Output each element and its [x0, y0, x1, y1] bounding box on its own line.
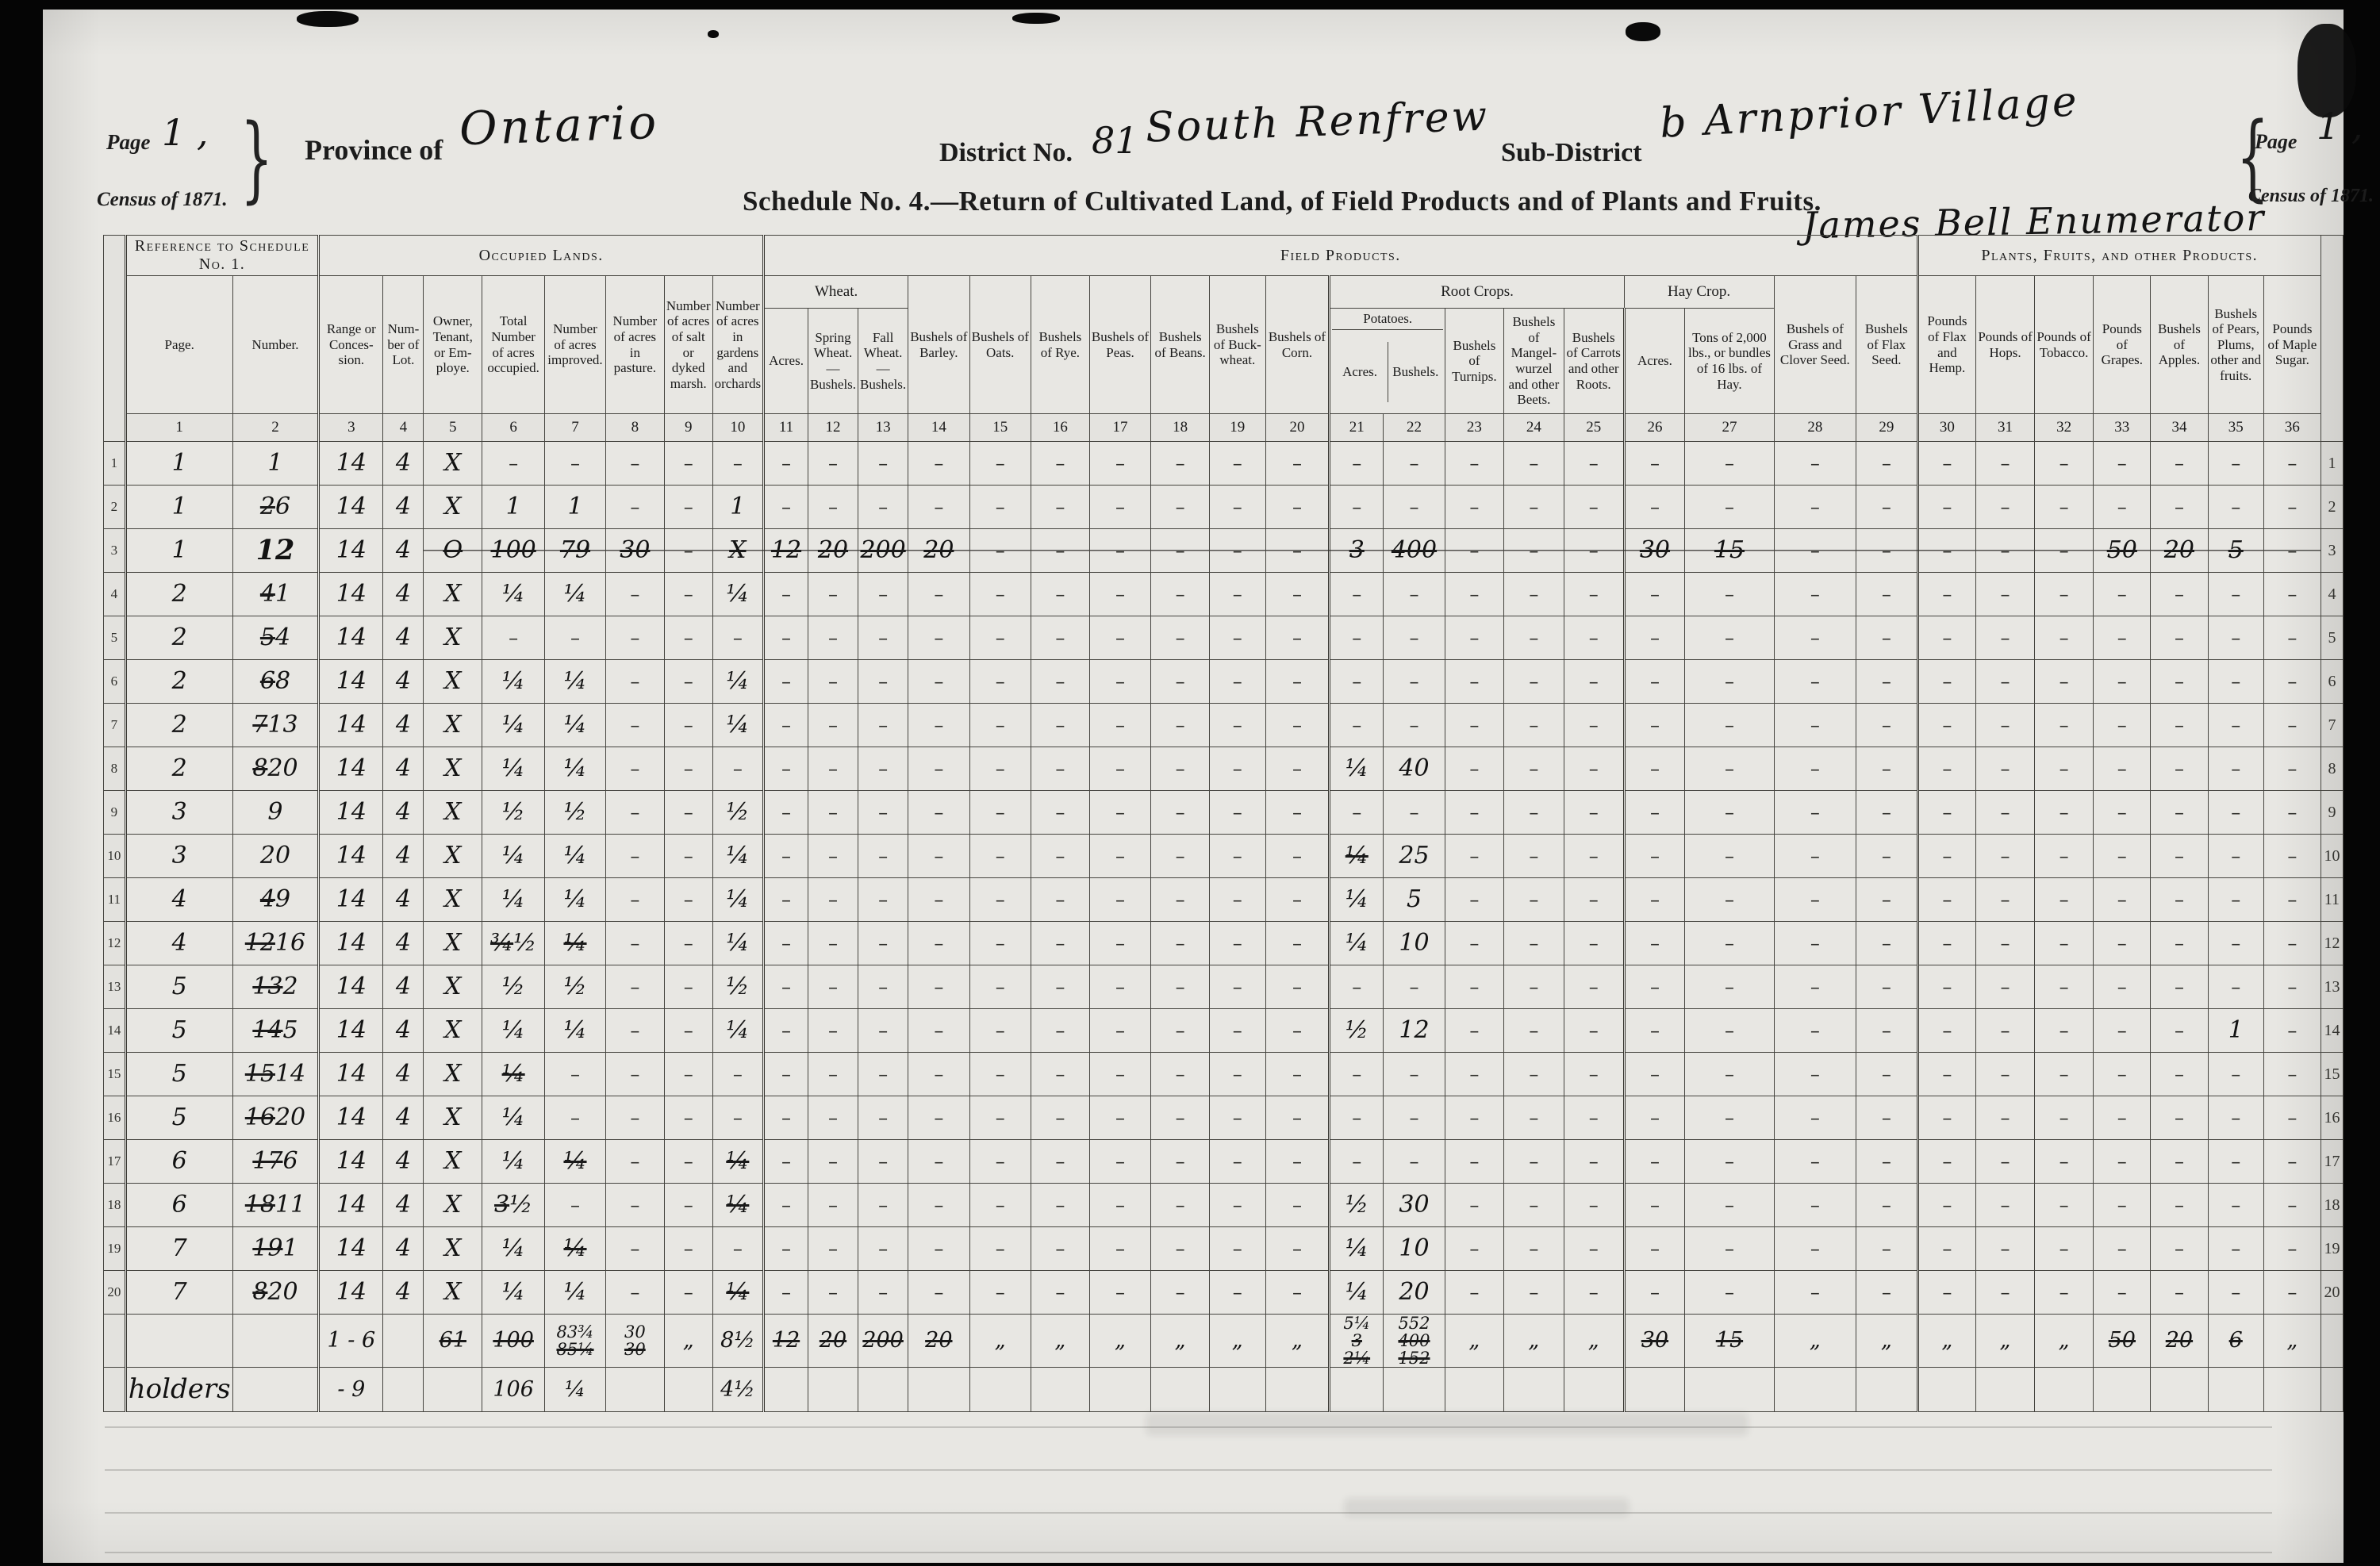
table-cell: 4: [125, 878, 232, 922]
table-cell: –: [808, 747, 858, 791]
table-cell: –: [808, 1271, 858, 1315]
table-cell: –: [2208, 1227, 2263, 1271]
table-cell: –: [1917, 1009, 1976, 1053]
table-cell: –: [908, 1227, 969, 1271]
table-cell: –: [1210, 486, 1265, 529]
table-cell: –: [1685, 1271, 1774, 1315]
table-cell: –: [1151, 1227, 1210, 1271]
table-cell: –: [1265, 1227, 1330, 1271]
table-cell: 6: [125, 1184, 232, 1227]
column-label: Bushels of Buck-wheat.: [1210, 276, 1265, 414]
table-cell: 552400152: [1384, 1315, 1445, 1368]
table-cell: [125, 1315, 232, 1368]
table-cell: –: [1151, 1096, 1210, 1140]
table-cell: ½: [545, 965, 606, 1009]
table-cell: –: [1384, 1096, 1445, 1140]
table-cell: –: [1265, 791, 1330, 835]
table-cell: –: [1624, 573, 1685, 616]
table-cell: –: [1445, 660, 1503, 704]
table-cell: –: [1031, 442, 1089, 486]
table-cell: X: [424, 965, 482, 1009]
table-cell: –: [1210, 1096, 1265, 1140]
table-cell: X: [424, 486, 482, 529]
table-cell: ¼: [482, 1096, 545, 1140]
table-cell: –: [2263, 878, 2320, 922]
table-cell: X: [424, 1184, 482, 1227]
table-cell: –: [1210, 1184, 1265, 1227]
table-cell: –: [1031, 1009, 1089, 1053]
column-number: 21: [1330, 414, 1384, 442]
table-cell: –: [1031, 835, 1089, 878]
table-cell: 820: [232, 1271, 319, 1315]
table-cell: –: [545, 1053, 606, 1096]
table-cell: –: [1976, 1184, 2035, 1227]
table-cell: –: [1151, 1271, 1210, 1315]
column-label: Acres.: [764, 309, 808, 414]
table-cell: –: [1856, 922, 1917, 965]
table-cell: –: [1856, 1053, 1917, 1096]
table-cell: –: [2263, 965, 2320, 1009]
table-cell: 4: [383, 1227, 424, 1271]
table-cell: –: [1445, 486, 1503, 529]
table-cell: –: [808, 486, 858, 529]
table-cell: –: [1976, 442, 2035, 486]
table-cell: [1503, 1368, 1564, 1412]
table-cell: –: [1031, 791, 1089, 835]
table-cell: –: [1774, 529, 1856, 573]
table-cell: ½: [1330, 1184, 1384, 1227]
table-cell: –: [712, 747, 764, 791]
table-cell: ¼: [482, 573, 545, 616]
table-cell: [1445, 1368, 1503, 1412]
table-cell: –: [1210, 442, 1265, 486]
table-cell: 14: [319, 1227, 383, 1271]
table-cell: –: [1384, 442, 1445, 486]
table-cell: –: [605, 616, 664, 660]
table-cell: –: [1210, 704, 1265, 747]
table-cell: –: [1685, 791, 1774, 835]
table-cell: 6: [125, 1140, 232, 1184]
table-cell: ¼: [1330, 835, 1384, 878]
table-cell: 10: [1384, 1227, 1445, 1271]
table-cell: ¼: [712, 660, 764, 704]
table-cell: –: [1089, 529, 1150, 573]
table-cell: –: [2208, 747, 2263, 791]
table-cell: „: [1265, 1315, 1330, 1368]
table-cell: –: [908, 965, 969, 1009]
table-cell: –: [1564, 660, 1624, 704]
table-cell: 4: [383, 1184, 424, 1227]
table-cell: –: [2094, 1009, 2151, 1053]
table-cell: 20: [232, 835, 319, 878]
table-cell: –: [1917, 965, 1976, 1009]
table-cell: –: [1564, 791, 1624, 835]
table-cell: –: [1089, 616, 1150, 660]
table-cell: holders: [125, 1368, 232, 1412]
table-cell: –: [1917, 878, 1976, 922]
table-cell: –: [1976, 965, 2035, 1009]
table-cell: –: [1564, 747, 1624, 791]
row-number: 10: [2320, 835, 2343, 878]
table-cell: –: [1031, 747, 1089, 791]
table-cell: –: [1503, 1009, 1564, 1053]
row-number: 6: [2320, 660, 2343, 704]
table-cell: 5: [125, 965, 232, 1009]
table-cell: [2208, 1368, 2263, 1412]
table-cell: 49: [232, 878, 319, 922]
table-cell: –: [764, 835, 808, 878]
table-cell: –: [1564, 835, 1624, 878]
row-number: 5: [104, 616, 126, 660]
table-cell: –: [1774, 1096, 1856, 1140]
table-cell: –: [1384, 1140, 1445, 1184]
ruled-line: [105, 1552, 2272, 1553]
table-cell: –: [1210, 1009, 1265, 1053]
column-number: 7: [545, 414, 606, 442]
table-cell: –: [605, 704, 664, 747]
table-cell: –: [1774, 1227, 1856, 1271]
table-cell: –: [1151, 835, 1210, 878]
table-cell: –: [2094, 486, 2151, 529]
table-cell: ¼: [1330, 747, 1384, 791]
table-cell: –: [1624, 442, 1685, 486]
table-cell: 14: [319, 922, 383, 965]
table-cell: –: [1330, 1096, 1384, 1140]
table-cell: –: [1917, 573, 1976, 616]
table-cell: –: [1976, 791, 2035, 835]
table-cell: „: [1503, 1315, 1564, 1368]
table-cell: –: [764, 1184, 808, 1227]
table-cell: –: [1917, 1053, 1976, 1096]
group-potatoes: Potatoes. Acres.Bushels.: [1330, 309, 1445, 414]
table-cell: 6: [2208, 1315, 2263, 1368]
row-number: 2: [104, 486, 126, 529]
table-cell: ¼: [482, 704, 545, 747]
table-cell: –: [1031, 616, 1089, 660]
table-row: 135132144X½½––½–––––––––––––––––––––––––…: [104, 965, 2344, 1009]
table-cell: 20: [808, 1315, 858, 1368]
table-cell: [764, 1368, 808, 1412]
table-cell: –: [1265, 442, 1330, 486]
table-cell: –: [858, 1096, 908, 1140]
column-number: 3: [319, 414, 383, 442]
table-cell: –: [1774, 1140, 1856, 1184]
census-return-table: Reference to Schedule No. 1. Occupied La…: [103, 235, 2344, 1412]
row-number: 5: [2320, 616, 2343, 660]
table-cell: –: [1445, 747, 1503, 791]
table-cell: ¼: [712, 878, 764, 922]
table-cell: 100: [482, 1315, 545, 1368]
table-cell: 2: [125, 573, 232, 616]
table-cell: –: [1856, 529, 1917, 573]
table-cell: –: [1564, 442, 1624, 486]
table-cell: –: [969, 835, 1031, 878]
table-cell: –: [605, 835, 664, 878]
table-cell: ¼: [545, 1227, 606, 1271]
table-cell: –: [2263, 747, 2320, 791]
table-cell: 15: [1685, 1315, 1774, 1368]
table-cell: –: [1151, 1053, 1210, 1096]
table-cell: [383, 1368, 424, 1412]
table-cell: –: [1031, 1096, 1089, 1140]
table-cell: –: [1265, 704, 1330, 747]
table-cell: –: [1774, 835, 1856, 878]
table-cell: –: [1624, 1140, 1685, 1184]
table-cell: –: [2151, 442, 2208, 486]
table-cell: 41: [232, 573, 319, 616]
table-cell: 8½: [712, 1315, 764, 1368]
schedule-title: Schedule No. 4.—Return of Cultivated Lan…: [743, 186, 1821, 217]
table-cell: –: [1503, 1096, 1564, 1140]
table-cell: –: [969, 965, 1031, 1009]
column-label: Number of acres of salt or dyked marsh.: [664, 276, 712, 414]
column-number: 17: [1089, 414, 1150, 442]
group-occupied-lands: Occupied Lands.: [319, 236, 764, 276]
table-cell: –: [969, 1271, 1031, 1315]
table-cell: –: [1624, 835, 1685, 878]
row-number: 16: [2320, 1096, 2343, 1140]
table-cell: 20: [808, 529, 858, 573]
table-cell: –: [1089, 791, 1150, 835]
table-cell: –: [1564, 616, 1624, 660]
table-cell: –: [908, 1096, 969, 1140]
table-cell: –: [2094, 1140, 2151, 1184]
table-cell: –: [969, 1184, 1031, 1227]
table-cell: –: [1151, 878, 1210, 922]
table-cell: 54: [232, 616, 319, 660]
column-label: Number of acres improved.: [545, 276, 606, 414]
subdistrict-label: Sub-District: [1501, 138, 1642, 168]
table-cell: –: [2151, 835, 2208, 878]
table-cell: –: [764, 1096, 808, 1140]
table-cell: –: [1151, 1009, 1210, 1053]
province-label: Province of: [305, 133, 443, 167]
table-cell: –: [605, 1271, 664, 1315]
table-cell: –: [2151, 922, 2208, 965]
table-cell: –: [605, 965, 664, 1009]
column-label: Bushels.: [1388, 342, 1443, 402]
table-cell: 14: [319, 486, 383, 529]
column-number: 15: [969, 414, 1031, 442]
table-cell: –: [1151, 1140, 1210, 1184]
table-cell: –: [1774, 616, 1856, 660]
table-cell: –: [1384, 486, 1445, 529]
table-cell: –: [1151, 965, 1210, 1009]
table-cell: 30: [1384, 1184, 1445, 1227]
table-cell: –: [764, 442, 808, 486]
table-cell: –: [2094, 791, 2151, 835]
row-number: 14: [104, 1009, 126, 1053]
column-label: Bushels of Rye.: [1031, 276, 1089, 414]
table-cell: –: [1445, 1271, 1503, 1315]
table-cell: –: [664, 965, 712, 1009]
table-cell: 3030: [605, 1315, 664, 1368]
table-cell: ¼: [482, 1009, 545, 1053]
table-cell: 100: [482, 529, 545, 573]
table-cell: –: [2034, 1009, 2093, 1053]
row-number: 3: [104, 529, 126, 573]
table-cell: „: [1774, 1315, 1856, 1368]
scan-artifact: [1012, 13, 1060, 24]
table-cell: –: [2208, 486, 2263, 529]
table-cell: –: [969, 1053, 1031, 1096]
table-cell: –: [1031, 1184, 1089, 1227]
table-cell: –: [1564, 704, 1624, 747]
table-cell: ¼: [712, 922, 764, 965]
table-cell: [808, 1368, 858, 1412]
table-cell: –: [1151, 791, 1210, 835]
table-cell: –: [2151, 791, 2208, 835]
table-cell: –: [1445, 1140, 1503, 1184]
table-cell: ½: [712, 791, 764, 835]
table-cell: –: [2094, 1184, 2151, 1227]
table-cell: ¼: [712, 573, 764, 616]
column-number: 6: [482, 414, 545, 442]
table-cell: –: [1210, 660, 1265, 704]
table-cell: –: [1774, 1184, 1856, 1227]
table-cell: [1856, 1368, 1917, 1412]
table-cell: [1210, 1368, 1265, 1412]
table-cell: ¼: [712, 1009, 764, 1053]
table-cell: –: [908, 1271, 969, 1315]
table-cell: –: [1265, 1009, 1330, 1053]
table-cell: –: [2208, 442, 2263, 486]
table-row: 10320144X¼¼––¼––––––––––¼25–––––––––––––…: [104, 835, 2344, 878]
table-cell: –: [1856, 965, 1917, 1009]
table-cell: –: [2208, 616, 2263, 660]
table-cell: –: [2094, 1271, 2151, 1315]
table-cell: –: [1685, 1096, 1774, 1140]
table-cell: –: [1624, 704, 1685, 747]
table-cell: –: [1330, 1053, 1384, 1096]
table-cell: X: [424, 1053, 482, 1096]
table-cell: –: [1503, 573, 1564, 616]
table-cell: –: [2094, 747, 2151, 791]
group-hay-crop: Hay Crop.: [1624, 276, 1774, 309]
table-cell: [1265, 1368, 1330, 1412]
row-number: 2: [2320, 486, 2343, 529]
table-cell: –: [808, 704, 858, 747]
table-cell: –: [1031, 922, 1089, 965]
table-cell: –: [1265, 878, 1330, 922]
table-cell: –: [1089, 442, 1150, 486]
table-cell: 20: [908, 1315, 969, 1368]
column-label: Bushels of Apples.: [2151, 276, 2208, 414]
table-cell: 26: [232, 486, 319, 529]
table-cell: –: [1624, 965, 1685, 1009]
table-cell: –: [1031, 965, 1089, 1009]
table-cell: –: [1564, 1227, 1624, 1271]
table-cell: –: [545, 1096, 606, 1140]
district-name: South Renfrew: [1145, 92, 1490, 152]
table-cell: –: [1031, 1271, 1089, 1315]
column-label: Num-ber of Lot.: [383, 276, 424, 414]
table-cell: –: [858, 1009, 908, 1053]
column-label: Pounds of Maple Sugar.: [2263, 276, 2320, 414]
table-cell: 1514: [232, 1053, 319, 1096]
table-cell: –: [2034, 835, 2093, 878]
table-cell: –: [1265, 529, 1330, 573]
row-number: 18: [2320, 1184, 2343, 1227]
table-cell: –: [1856, 878, 1917, 922]
table-cell: –: [2034, 1140, 2093, 1184]
table-cell: 25: [1384, 835, 1445, 878]
page-label-left: Page: [106, 130, 150, 155]
table-cell: –: [908, 791, 969, 835]
table-cell: –: [1384, 965, 1445, 1009]
column-label: Tons of 2,000 lbs., or bundles of 16 lbs…: [1685, 309, 1774, 414]
table-cell: –: [1151, 922, 1210, 965]
table-cell: –: [808, 1096, 858, 1140]
table-cell: –: [1503, 1184, 1564, 1227]
table-cell: –: [1564, 1096, 1624, 1140]
table-cell: „: [2034, 1315, 2093, 1368]
table-cell: X: [424, 922, 482, 965]
table-row: 1551514144X¼––––––––––––––––––––––––––––…: [104, 1053, 2344, 1096]
table-cell: 9: [232, 791, 319, 835]
row-number: 4: [104, 573, 126, 616]
table-cell: –: [1624, 1053, 1685, 1096]
row-number: 20: [104, 1271, 126, 1315]
table-cell: 1: [482, 486, 545, 529]
table-cell: –: [1089, 660, 1150, 704]
table-cell: –: [2094, 922, 2151, 965]
table-cell: –: [1210, 1271, 1265, 1315]
table-cell: –: [2263, 486, 2320, 529]
table-cell: –: [969, 747, 1031, 791]
bleed-through-smudge: [1344, 1498, 1630, 1517]
column-number: 29: [1856, 414, 1917, 442]
table-cell: –: [1445, 704, 1503, 747]
table-cell: 4: [383, 660, 424, 704]
table-cell: –: [2263, 442, 2320, 486]
column-label: Pounds of Flax and Hemp.: [1917, 276, 1976, 414]
table-cell: –: [2151, 573, 2208, 616]
group-reference: Reference to Schedule No. 1.: [125, 236, 319, 276]
ruled-line: [105, 1426, 2272, 1428]
table-cell: –: [858, 616, 908, 660]
table-cell: –: [1774, 922, 1856, 965]
table-cell: –: [664, 486, 712, 529]
table-cell: –: [2208, 791, 2263, 835]
table-cell: –: [1774, 1271, 1856, 1315]
row-number: 11: [2320, 878, 2343, 922]
table-cell: ¼: [1330, 878, 1384, 922]
table-cell: –: [969, 616, 1031, 660]
table-cell: –: [2094, 878, 2151, 922]
column-number: 16: [1031, 414, 1089, 442]
table-row: 72713144X¼¼––¼––––––––––––––––––––––––––…: [104, 704, 2344, 747]
table-cell: –: [1976, 704, 2035, 747]
table-cell: [1685, 1368, 1774, 1412]
table-cell: –: [908, 704, 969, 747]
table-cell: –: [2208, 660, 2263, 704]
table-cell: –: [1976, 1271, 2035, 1315]
column-label: Bushels of Oats.: [969, 276, 1031, 414]
table-cell: –: [712, 1096, 764, 1140]
table-cell: 30: [1624, 1315, 1685, 1368]
table-cell: „: [1856, 1315, 1917, 1368]
column-number: 11: [764, 414, 808, 442]
row-number: 7: [2320, 704, 2343, 747]
table-cell: –: [1564, 1271, 1624, 1315]
page-number-right: 1 ,: [2317, 105, 2363, 148]
district-number: 81: [1092, 119, 1138, 162]
table-cell: –: [1265, 1271, 1330, 1315]
table-cell: 10: [1384, 922, 1445, 965]
table-cell: –: [1976, 660, 2035, 704]
left-brace: }: [240, 103, 273, 213]
